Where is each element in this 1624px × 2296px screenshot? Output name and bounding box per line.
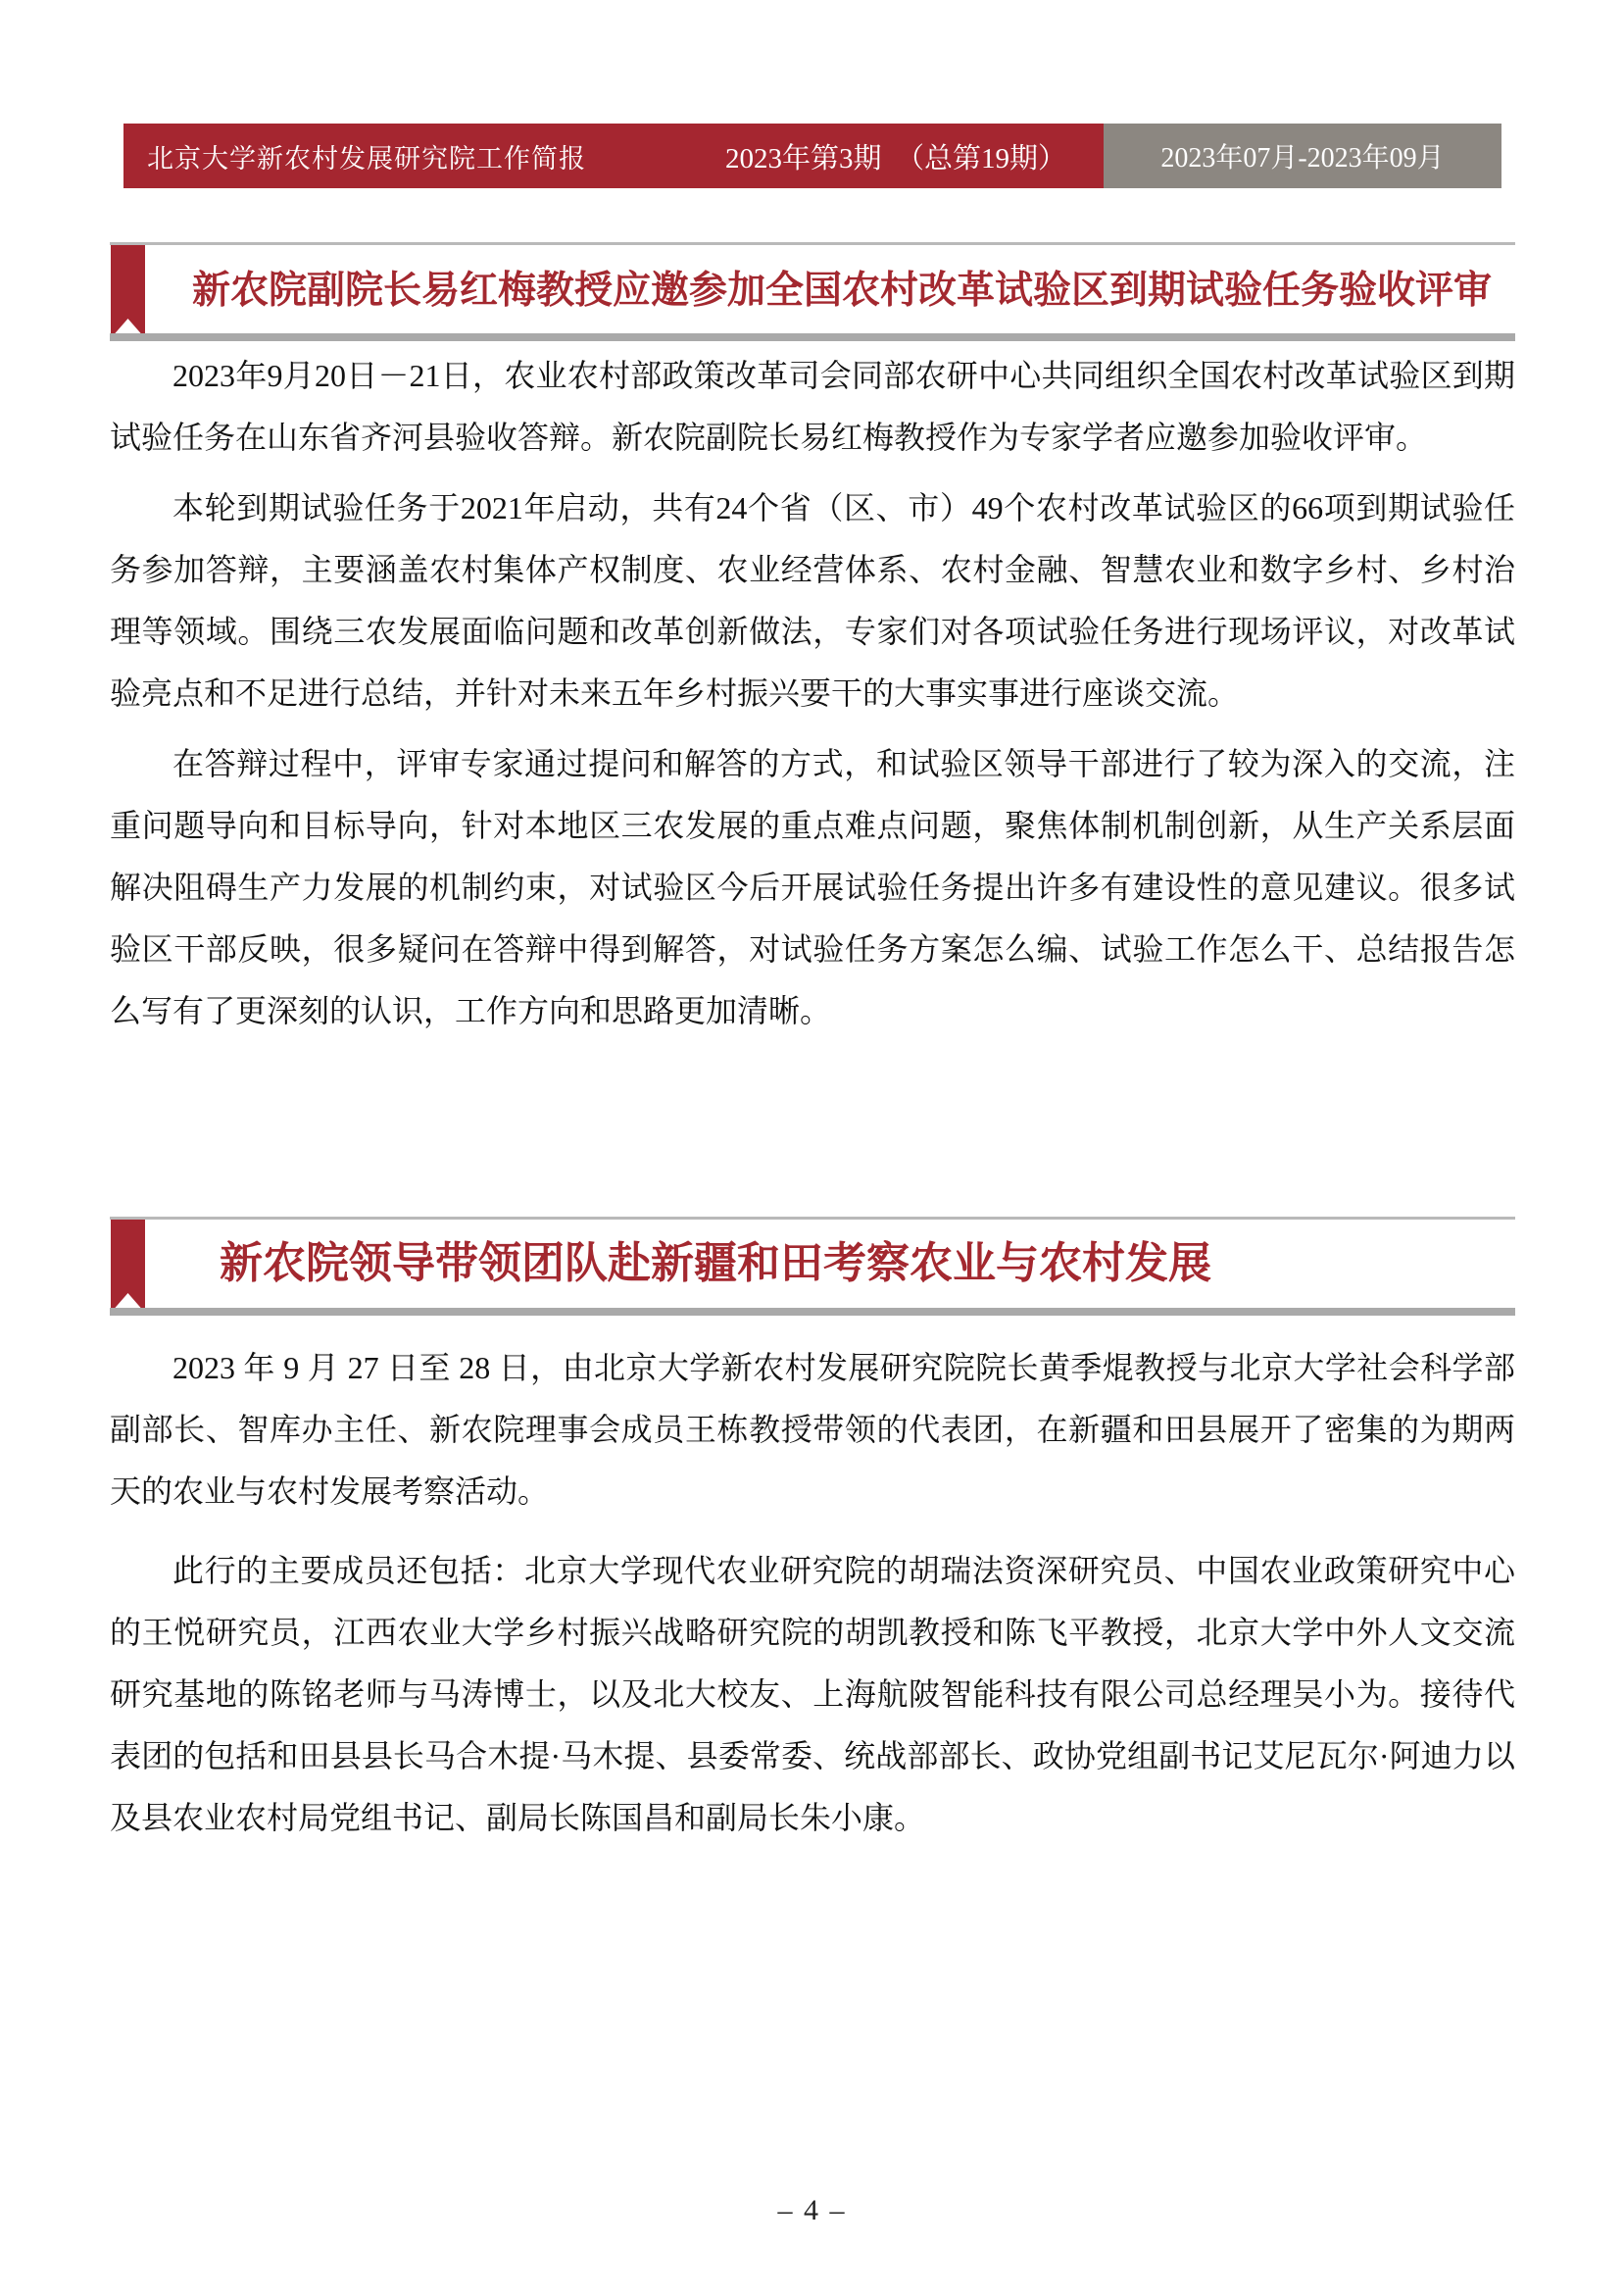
bookmark-ribbon-icon xyxy=(111,245,145,338)
paragraph: 2023 年 9 月 27 日至 28 日，由北京大学新农村发展研究院院长黄季焜… xyxy=(110,1337,1515,1522)
section-1-title: 新农院副院长易红梅教授应邀参加全国农村改革试验区到期试验任务验收评审 xyxy=(169,260,1515,323)
masthead-red-panel: 北京大学新农村发展研究院工作简报 2023年第3期 （总第19期） xyxy=(123,124,1104,188)
section-2-bottom-divider xyxy=(110,1308,1515,1316)
section-2-top-divider xyxy=(110,1217,1515,1220)
masthead-period-panel: 2023年07月-2023年09月 xyxy=(1104,124,1501,188)
masthead-title: 北京大学新农村发展研究院工作简报 xyxy=(123,137,586,175)
section-1-header: 新农院副院长易红梅教授应邀参加全国农村改革试验区到期试验任务验收评审 xyxy=(110,242,1515,341)
masthead-period: 2023年07月-2023年09月 xyxy=(1160,136,1444,175)
section-1-top-divider xyxy=(110,242,1515,245)
masthead-bar: 北京大学新农村发展研究院工作简报 2023年第3期 （总第19期） 2023年0… xyxy=(123,124,1501,188)
section-1-bottom-divider xyxy=(110,333,1515,341)
page-number: – 4 – xyxy=(0,2194,1624,2227)
paragraph: 此行的主要成员还包括：北京大学现代农业研究院的胡瑞法资深研究员、中国农业政策研究… xyxy=(110,1540,1515,1849)
section-2-header: 新农院领导带领团队赴新疆和田考察农业与农村发展 xyxy=(110,1217,1515,1316)
section-1-body: 2023年9月20日－21日，农业农村部政策改革司会同部农研中心共同组织全国农村… xyxy=(110,345,1515,1051)
paragraph: 本轮到期试验任务于2021年启动，共有24个省（区、市）49个农村改革试验区的6… xyxy=(110,477,1515,724)
section-2-body: 2023 年 9 月 27 日至 28 日，由北京大学新农村发展研究院院长黄季焜… xyxy=(110,1337,1515,1849)
bookmark-ribbon-icon xyxy=(111,1220,145,1313)
section-2-title: 新农院领导带领团队赴新疆和田考察农业与农村发展 xyxy=(169,1232,1515,1295)
paragraph: 2023年9月20日－21日，农业农村部政策改革司会同部农研中心共同组织全国农村… xyxy=(110,345,1515,469)
document-page: 北京大学新农村发展研究院工作简报 2023年第3期 （总第19期） 2023年0… xyxy=(0,0,1624,2296)
masthead-issue: 2023年第3期 （总第19期） xyxy=(725,136,1104,176)
paragraph: 在答辩过程中，评审专家通过提问和解答的方式，和试验区领导干部进行了较为深入的交流… xyxy=(110,733,1515,1042)
